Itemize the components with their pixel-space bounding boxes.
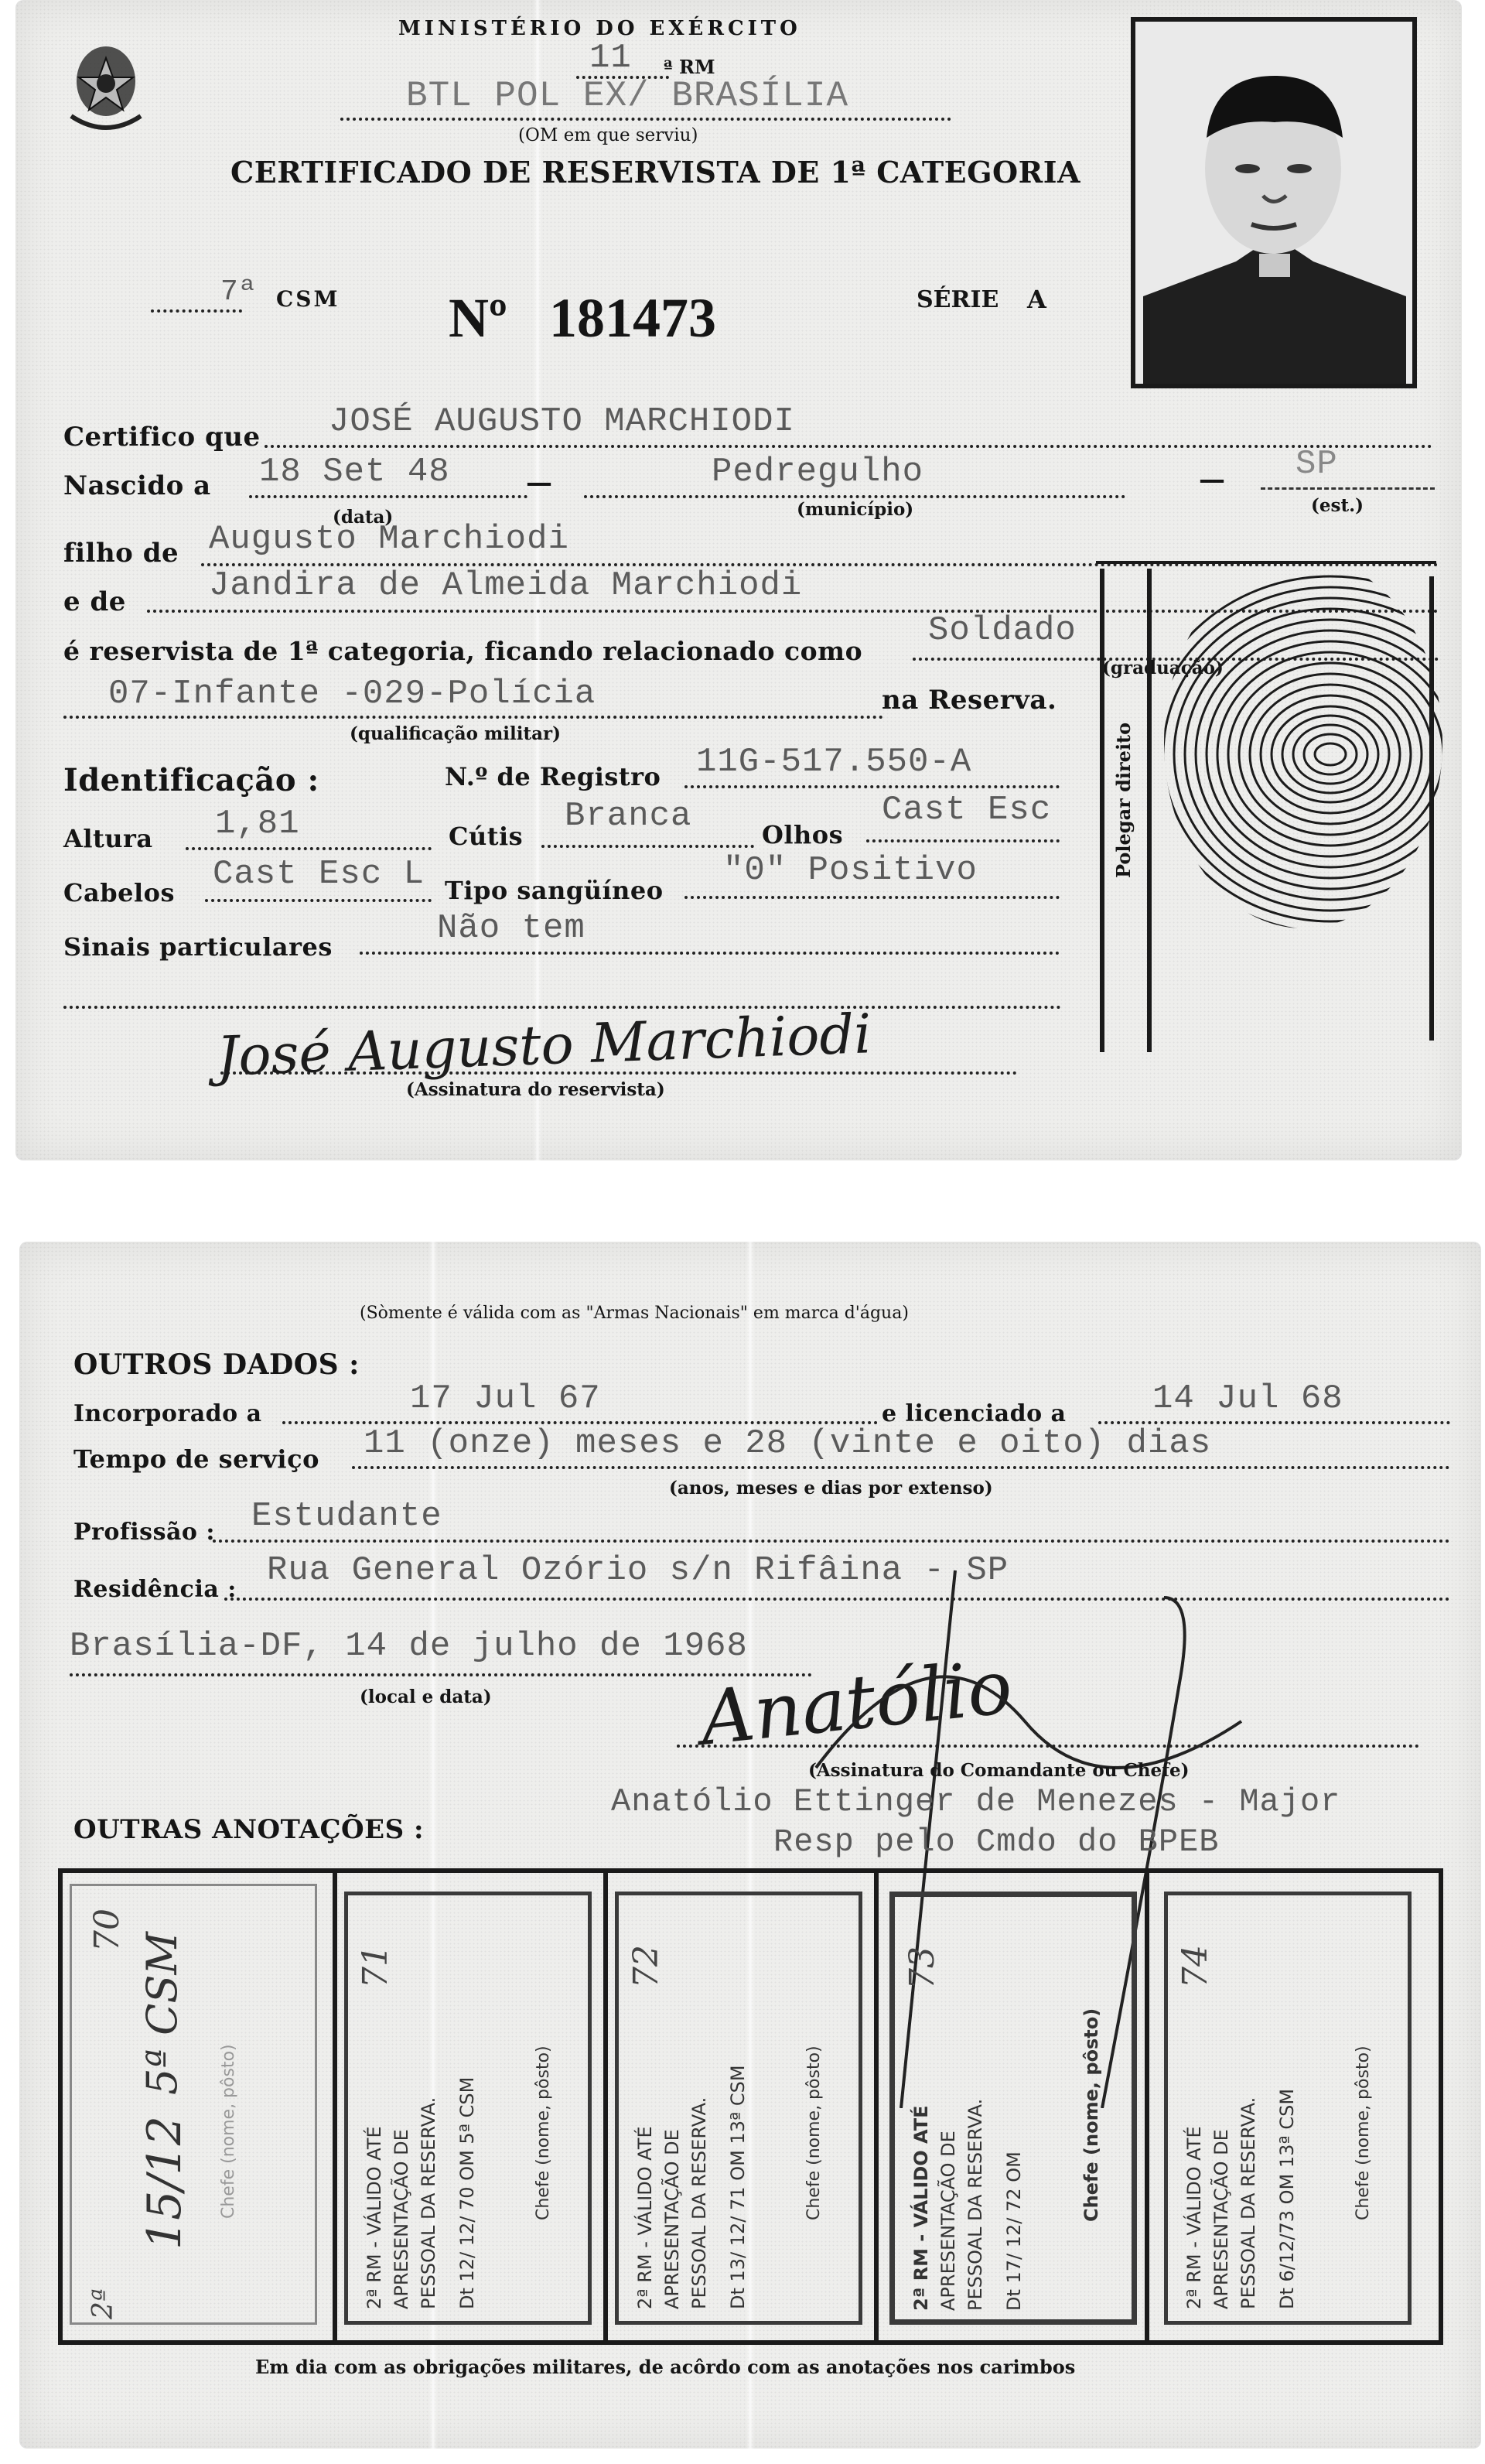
nascido-label: Nascido a [63,470,211,501]
cutis-line [541,845,754,848]
tempo-servico-label: Tempo de serviço [73,1444,319,1474]
csm-label: CSM [276,286,340,312]
certificate-number: 181473 [549,286,716,350]
stamp-3-line4: Dt 13/ 12/ 71 OM 13ª CSM [727,2065,749,2309]
thumb-box-divider [1147,569,1152,1052]
father-name: Augusto Marchiodi [209,520,569,559]
cabelos-label: Cabelos [63,878,175,907]
stamp-4-line1: 2ª RM - VÁLIDO ATÉ [910,2105,932,2311]
tipo-sanguineo-value: "0" Positivo [723,851,978,890]
altura-line [186,847,432,850]
fingerprint-icon [1160,553,1446,932]
birth-state-line [1261,487,1435,490]
commander-role: Resp pelo Cmdo do BPEB [773,1823,1220,1861]
altura-label: Altura [63,824,153,853]
certifico-label: Certifico que [63,422,261,453]
birth-date-line [249,495,527,498]
certificate-title: CERTIFICADO DE RESERVISTA DE 1ª CATEGORI… [230,155,1080,190]
stamp-2-year: 71 [356,1945,395,1988]
stamps-divider-3 [874,1868,879,2345]
stamps-divider-1 [333,1868,337,2345]
reservista-label: é reservista de 1ª categoria, ficando re… [63,636,862,666]
cabelos-line [205,899,432,902]
stamp-3-chefe: Chefe (nome, pôsto) [804,2045,824,2220]
extra-line [63,1006,1061,1009]
registro-label: N.º de Registro [445,762,661,791]
city-caption: (município) [797,499,913,520]
stamp-1-date: 15/12 [138,2116,192,2250]
stamp-5-line1: 2ª RM - VÁLIDO ATÉ [1183,2126,1205,2309]
stamp-1-region: 2ª [87,2288,119,2319]
signature-caption: (Assinatura do reservista) [406,1079,665,1100]
qualification-caption: (qualificação militar) [350,723,561,744]
tempo-servico-value: 11 (onze) meses e 28 (vinte e oito) dias [364,1424,1211,1463]
annotation-stamp-2: 71 2ª RM - VÁLIDO ATÉ APRESENTAÇÃO DE PE… [344,1892,592,2325]
unit-value: BTL POL EX/ BRASÍLIA [406,76,848,116]
stamp-4-line4: Dt 17/ 12/ 72 OM [1003,2151,1025,2311]
profissao-label: Profissão : [73,1519,215,1546]
stamp-5-line4: Dt 6/12/73 OM 13ª CSM [1276,2089,1298,2309]
incorporado-value: 17 Jul 67 [410,1379,601,1418]
tipo-sanguineo-label: Tipo sangüíneo [445,876,664,905]
stamps-divider-4 [1145,1868,1149,2345]
annotation-stamp-1: 70 15/12 5ª CSM 2ª Chefe (nome, pôsto) [70,1884,317,2325]
profissao-value: Estudante [251,1497,442,1536]
stamp-4-chefe: Chefe (nome, pôsto) [1080,2008,1102,2222]
sinais-label: Sinais particulares [63,932,333,962]
holder-name: JOSÉ AUGUSTO MARCHIODI [329,402,795,441]
stamp-1-year: 70 [87,1909,127,1952]
military-qualification: 07-Infante -029-Polícia [108,675,596,713]
separator-dash: — [526,467,553,498]
commander-name: Anatólio Ettinger de Menezes - Major [611,1783,1340,1820]
stamp-5-line2: APRESENTAÇÃO DE [1210,2129,1232,2309]
residencia-label: Residência : [73,1576,237,1603]
stamp-5-line3: PESSOAL DA RESERVA. [1237,2097,1259,2309]
stamps-right-border [1439,1868,1443,2345]
coat-of-arms-icon [63,39,148,139]
stamp-4-line3: PESSOAL DA RESERVA. [964,2099,986,2311]
watermark-note: (Sòmente é válida com as "Armas Nacionai… [360,1304,909,1323]
stamp-2-line2: APRESENTAÇÃO DE [391,2129,412,2309]
sinais-value: Não tem [437,909,585,948]
annotation-stamp-3: 72 2ª RM - VÁLIDO ATÉ APRESENTAÇÃO DE PE… [615,1892,862,2325]
unit-caption: (OM em que serviu) [518,125,698,145]
licenciado-value: 14 Jul 68 [1152,1379,1343,1418]
annotation-stamp-5: 74 2ª RM - VÁLIDO ATÉ APRESENTAÇÃO DE PE… [1164,1892,1412,2325]
photo-frame [1131,17,1417,388]
series-label: SÉRIE [917,286,999,313]
mother-name: Jandira de Almeida Marchiodi [209,566,802,605]
registro-value: 11G-517.550-A [696,743,971,781]
stamps-left-border [58,1868,63,2345]
csm-value: 7ª [220,275,258,309]
olhos-value: Cast Esc [882,791,1051,829]
tipo-sanguineo-line [684,896,1060,899]
separator-dash-2: — [1199,464,1226,495]
outros-dados-heading: OUTROS DADOS : [73,1348,360,1381]
cutis-value: Branca [565,797,691,836]
local-data-caption: (local e data) [360,1687,492,1707]
stamp-3-line2: APRESENTAÇÃO DE [661,2129,683,2309]
stamp-2-chefe: Chefe (nome, pôsto) [534,2045,553,2220]
licenciado-label: e licenciado a [882,1400,1066,1427]
stamp-3-line1: 2ª RM - VÁLIDO ATÉ [634,2126,656,2309]
olhos-label: Olhos [762,820,843,849]
rank-value: Soldado [928,611,1077,650]
thumb-label-wrap: Polegar direito [1112,723,1135,878]
portrait-photo [1135,22,1412,384]
sinais-line [360,952,1060,955]
series-value: A [1027,285,1046,314]
commander-line [677,1745,1419,1748]
csm-line [151,309,242,313]
region-suffix: ª RM [664,56,715,78]
filho-label: filho de [63,538,179,569]
stamp-1-chefe: Chefe (nome, pôsto) [219,2044,238,2219]
na-reserva-label: na Reserva. [882,685,1057,716]
state-caption: (est.) [1311,495,1364,516]
certificate-front: MINISTÉRIO DO EXÉRCITO 11 ª RM BTL POL E… [15,0,1462,1160]
stamp-3-year: 72 [626,1945,666,1988]
cabelos-value: Cast Esc L [213,855,425,894]
stamp-5-chefe: Chefe (nome, pôsto) [1354,2045,1373,2220]
incorporado-label: Incorporado a [73,1400,262,1427]
cutis-label: Cútis [449,822,523,851]
stamps-bottom-border [58,2340,1442,2345]
profissao-line [213,1540,1450,1543]
number-label: Nº [449,286,507,350]
certificate-back: (Sòmente é válida com as "Armas Nacionai… [19,1242,1481,2449]
local-data-value: Brasília-DF, 14 de julho de 1968 [70,1627,748,1666]
e-de-label: e de [63,586,126,617]
annotation-stamp-4: 73 2ª RM - VÁLIDO ATÉ APRESENTAÇÃO DE PE… [889,1892,1137,2325]
stamp-2-line1: 2ª RM - VÁLIDO ATÉ [364,2126,385,2309]
holder-signature: José Augusto Marchiodi [216,1002,872,1088]
registro-line [684,785,1060,788]
region-number: 11 [589,39,632,77]
thumb-label: Polegar direito [1112,723,1135,878]
birth-state: SP [1296,445,1338,484]
stamps-divider-2 [603,1868,608,2345]
birth-city: Pedregulho [712,453,923,491]
stamp-1-csm: 5ª CSM [138,1932,186,2095]
tempo-servico-caption: (anos, meses e dias por extenso) [669,1478,993,1499]
thumb-box-left [1100,569,1104,1052]
stamp-2-line4: Dt 12/ 12/ 70 OM 5ª CSM [456,2077,478,2309]
birth-city-line [584,495,1125,498]
stamp-4-year: 73 [903,1946,942,1990]
olhos-line [866,839,1060,842]
qualification-line [63,716,883,719]
outras-anotacoes-heading: OUTRAS ANOTAÇÕES : [73,1814,424,1845]
tempo-servico-line [352,1466,1450,1469]
altura-value: 1,81 [215,805,300,843]
stamps-top-border [58,1868,1442,1873]
birth-date: 18 Set 48 [259,453,450,491]
ministry-title: MINISTÉRIO DO EXÉRCITO [398,17,801,40]
footer-note: Em dia com as obrigações militares, de a… [255,2356,1075,2378]
stamp-2-line3: PESSOAL DA RESERVA. [418,2097,439,2309]
identification-heading: Identificação : [63,762,319,798]
stamp-3-line3: PESSOAL DA RESERVA. [688,2097,710,2309]
unit-line [340,118,951,121]
certifico-line [265,445,1432,448]
stamp-5-year: 74 [1176,1945,1215,1988]
stamp-4-line2: APRESENTAÇÃO DE [937,2131,959,2311]
commander-caption: (Assinatura do Comandante ou Chefe) [808,1760,1190,1781]
